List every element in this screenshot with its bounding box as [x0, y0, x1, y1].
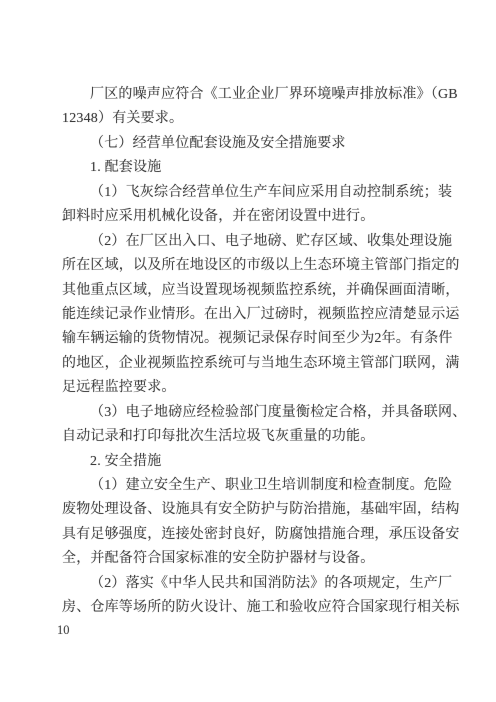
text-line: 能连续记录作业情形。在出入厂过磅时，视频监控应清楚显示运: [62, 303, 462, 327]
text-line: 足远程监控要求。: [62, 376, 462, 400]
text-line: （1）建立安全生产、职业卫生培训制度和检查制度。危险: [62, 474, 462, 498]
text-line: （2）在厂区出入口、电子地磅、贮存区域、收集处理设施: [62, 230, 462, 254]
text-line: 1. 配套设施: [62, 156, 462, 180]
text-line: （3）电子地磅应经检验部门度量衡检定合格，并具备联网、: [62, 401, 462, 425]
text-line: 房、仓库等场所的防火设计、施工和验收应符合国家现行相关标: [62, 596, 462, 620]
text-line: （1）飞灰综合经营单位生产车间应采用自动控制系统；装: [62, 181, 462, 205]
text-line: （七）经营单位配套设施及安全措施要求: [62, 132, 462, 156]
text-line: 所在区域，以及所在地设区的市级以上生态环境主管部门指定的: [62, 254, 462, 278]
text-line: 其他重点区域，应当设置现场视频监控系统，并确保画面清晰，: [62, 279, 462, 303]
document-body: 厂区的噪声应符合《工业企业厂界环境噪声排放标准》（GB12348）有关要求。（七…: [62, 83, 462, 621]
text-line: 卸料时应采用机械化设备，并在密闭设置中进行。: [62, 205, 462, 229]
text-line: 输车辆运输的货物情况。视频记录保存时间至少为2年。有条件: [62, 327, 462, 351]
text-line: 2. 安全措施: [62, 450, 462, 474]
text-line: 12348）有关要求。: [62, 107, 462, 131]
text-line: 全，并配备符合国家标准的安全防护器材与设备。: [62, 547, 462, 571]
text-line: （2）落实《中华人民共和国消防法》的各项规定，生产厂: [62, 572, 462, 596]
page-number: 10: [57, 623, 70, 638]
text-line: 的地区，企业视频监控系统可与当地生态环境主管部门联网，满: [62, 352, 462, 376]
text-line: 自动记录和打印每批次生活垃圾飞灰重量的功能。: [62, 425, 462, 449]
text-line: 废物处理设备、设施具有安全防护与防治措施，基础牢固，结构: [62, 498, 462, 522]
text-line: 厂区的噪声应符合《工业企业厂界环境噪声排放标准》（GB: [62, 83, 462, 107]
document-page: 厂区的噪声应符合《工业企业厂界环境噪声排放标准》（GB12348）有关要求。（七…: [0, 0, 496, 702]
text-line: 具有足够强度，连接处密封良好，防腐蚀措施合理，承压设备安: [62, 523, 462, 547]
